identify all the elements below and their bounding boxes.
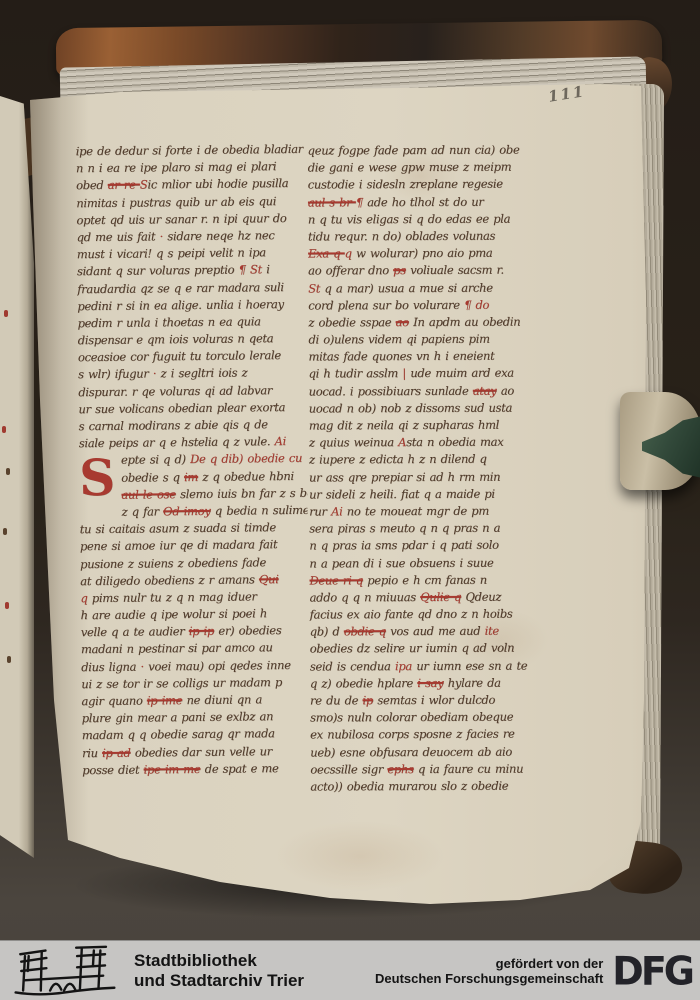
manuscript-text-line: obedies dz selire ur iumin q ad voln [310, 640, 538, 658]
footer-bar: Stadtbibliothek und Stadtarchiv Trier ge… [0, 940, 700, 1000]
folio-number: 111 [547, 83, 586, 105]
manuscript-text-line: ur sideli z heili. fiat q a maide pi [309, 485, 537, 503]
manuscript-text-line: seid is cendua ipa ur iumn ese sn a te [310, 657, 538, 675]
manuscript-column-right: qeuz fogpe fade pam ad nun cia) obedie g… [308, 142, 539, 796]
manuscript-text-line: Deue ri q pepio e h cm fanas n [309, 571, 537, 589]
manuscript-text-line: sera piras s meuto q n q pras n a [309, 520, 537, 538]
manuscript-text-line: dius ligna · voei mau) opi qedes inne [81, 656, 309, 676]
manuscript-text-line: nimitas i pustras quib ur ab eis qui [76, 192, 304, 212]
manuscript-text-line: qeuz fogpe fade pam ad nun cia) obe [308, 142, 536, 160]
manuscript-text-line: pene si amoe iur qe di madara fait [80, 536, 308, 556]
verso-ink-mark [7, 656, 11, 663]
verso-ink-mark [5, 602, 9, 609]
manuscript-text-line: n a pean di i sue obsuens i suue [309, 554, 537, 572]
manuscript-text-line: mitas fade quones vn h i eneient [308, 348, 536, 366]
manuscript-text-line: z iupere z edicta h z n dilend q [309, 451, 537, 469]
manuscript-text-line: qd me uis fait · sidare neqe hz nec [77, 227, 305, 247]
manuscript-text-line: n q tu vis eligas si q do edas ee pla [308, 210, 536, 228]
manuscript-text-line: di o)ulens videm qi papiens pim [308, 331, 536, 349]
manuscript-text-line: ao offerar dno ps voliuale sacsm r. [308, 262, 536, 280]
verso-ink-mark [3, 528, 7, 535]
manuscript-text-line: epte si q d) De q dib) obedie cu [121, 450, 307, 469]
manuscript-text-line: ueb) esne obfusara deuocem ab aio [310, 743, 538, 761]
manuscript-text-line: q z) obedie hplare i say hylare da [310, 674, 538, 692]
manuscript-text-line: acto)) obedia murarou slo z obedie [310, 777, 538, 795]
manuscript-text-line: custodie i sidesln zreplane regesie [308, 176, 536, 194]
manuscript-text-line: qb) d obdie q vos aud me aud ite [310, 623, 538, 641]
manuscript-text-line: z q far Od imoy q bedia n sulime [121, 502, 307, 521]
manuscript-text-line: ur sue volicans obedian plear exorta [78, 399, 306, 419]
verso-ink-mark [6, 468, 10, 475]
dfg-logo: DFG [612, 950, 692, 992]
verso-ink-mark [4, 310, 8, 317]
manuscript-text-line: at diligedo obediens z r amans Qui [80, 570, 308, 590]
manuscript-text-line: re du de ip semtas i wlor dulcdo [310, 692, 538, 710]
manuscript-text-line: z quius weinua Asta n obedia max [309, 434, 537, 452]
manuscript-text-line: obed ar re Sic mlior ubi hodie pusilla [76, 175, 304, 195]
verso-ink-mark [2, 426, 6, 433]
verso-page-sliver [0, 96, 34, 858]
manuscript-text-line: rur Ai no te moueat mgr de pm [309, 502, 537, 520]
manuscript-text-line: St q a mar) usua a mue si arche [308, 279, 536, 297]
manuscript-text-line: aul s br ¶ ade ho tlhol st do ur [308, 193, 536, 211]
manuscript-text-line: addo q q n miuuas Qulie q Qdeuz [310, 588, 538, 606]
manuscript-text-line: z obedie sspae ao In apdm au obedin [308, 313, 536, 331]
manuscript-text-line: cord plena sur bo volurare ¶ do [308, 296, 536, 314]
funding-line1: gefördert von der [375, 956, 603, 971]
funding-credit: gefördert von der Deutschen Forschungsge… [375, 956, 603, 986]
library-name: Stadtbibliothek und Stadtarchiv Trier [134, 951, 304, 991]
library-name-line2: und Stadtarchiv Trier [134, 971, 304, 991]
manuscript-text-line: Exa q q w wolurar) pno aio pma [308, 245, 536, 263]
manuscript-page: 111 ipe de dedur si forte i de obedia bl… [0, 0, 700, 1000]
manuscript-text-line: tidu requr. n do) oblades volunas [308, 227, 536, 245]
manuscript-column-left: ipe de dedur si forte i de obedia bladia… [76, 141, 311, 779]
library-name-line1: Stadtbibliothek [134, 951, 304, 971]
rubricated-initial: S [79, 455, 118, 507]
manuscript-text-line: mag dit z neila qi z supharas hml [309, 417, 537, 435]
manuscript-text-line: qi h tudir asslm | ude muim ard exa [309, 365, 537, 383]
manuscript-text-line: uocad n ob) nob z dissoms sud usta [309, 399, 537, 417]
manuscript-text-line: uocad. i possibiuars sunlade atay ao [309, 382, 537, 400]
manuscript-text-line: ui z se tor ir se colligs ur madam p [81, 674, 309, 694]
manuscript-text-line: oceasioe cor fuguit tu torculo lerale [78, 347, 306, 367]
manuscript-text-line: die gani e wese gpw muse z meipm [308, 159, 536, 177]
manuscript-text-line: velle q a te audier ip ip er) obedies [81, 622, 309, 642]
manuscript-text-line: facius ex aio fante qd dno z n hoibs [310, 606, 538, 624]
manuscript-text-line: aul le ose slemo iuis bn far z s bo) [121, 485, 307, 504]
porta-nigra-logo-icon [12, 944, 118, 998]
manuscript-text-line: ex nubilosa corps sposne z facies re [310, 726, 538, 744]
manuscript-text-line: smo)s nuln colorar obediam obeque [310, 709, 538, 727]
manuscript-text-line: fraudardia qz se q e rar madara suli [77, 278, 305, 298]
manuscript-text-line: ur ass qre prepiar si ad h rm min [309, 468, 537, 486]
manuscript-text-line: pedini r si in ea alige. unlia i hoeray [77, 296, 305, 316]
manuscript-text-line: posse diet ipe im me de spat e me [82, 760, 310, 780]
manuscript-text-line: obedie s q im z q obedue hbni [121, 467, 307, 486]
manuscript-text-line: oecssille sigr ephs q ia faure cu minu [310, 760, 538, 778]
manuscript-text-line: n q pras ia sms pdar i q pati solo [309, 537, 537, 555]
manuscript-text-line: dispurar. r qe voluras qi ad labvar [78, 381, 306, 401]
funding-line2: Deutschen Forschungsgemeinschaft [375, 971, 603, 986]
